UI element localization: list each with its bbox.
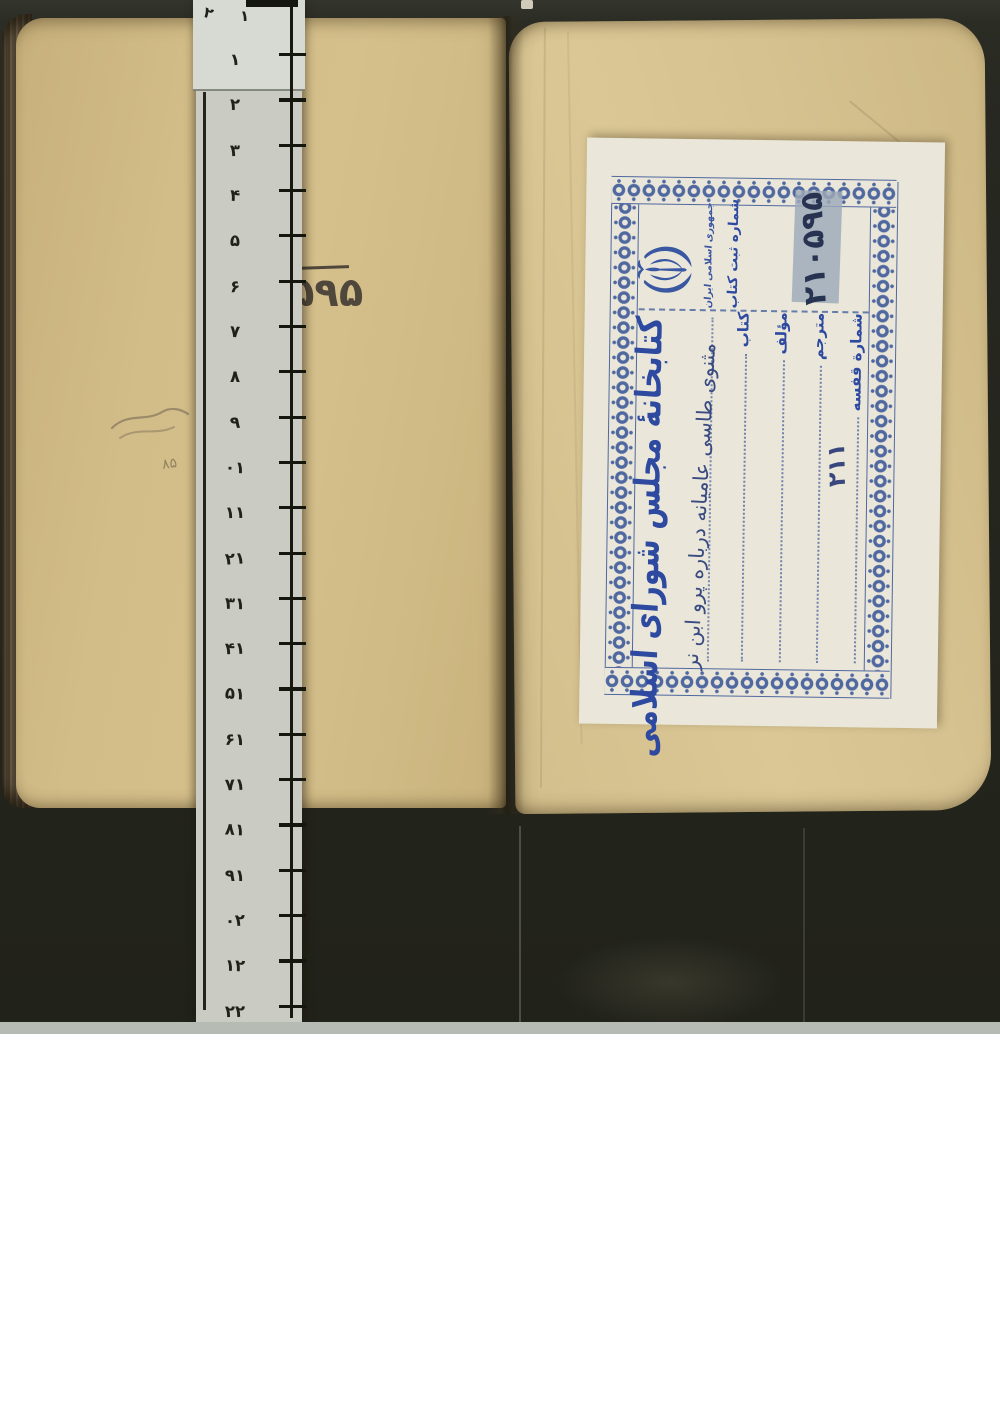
ruler-numeral: ۷۱ bbox=[204, 774, 267, 796]
field-row-shelf-number: شمارة قفسه bbox=[826, 313, 869, 663]
ruler-numeral: ۹۱ bbox=[204, 866, 266, 885]
ruler-tick bbox=[279, 687, 306, 690]
ruler-tick bbox=[279, 823, 306, 826]
page-crease bbox=[540, 28, 546, 788]
lace-border-right bbox=[611, 176, 896, 208]
ruler-numeral: ۸۱ bbox=[204, 819, 267, 841]
registration-label: شماره ثبت کتاب bbox=[725, 195, 743, 312]
ruler-tick bbox=[279, 959, 306, 962]
ruler-numeral: ۸ bbox=[204, 367, 266, 386]
ruler-tick bbox=[279, 370, 306, 373]
state-name: جمهوری اسلامی ایران bbox=[703, 197, 716, 314]
ruler-numeral: ۰۱ bbox=[204, 457, 267, 479]
ruler-extra-numeral: ۱ bbox=[240, 7, 249, 25]
ruler-numeral: ۲۲ bbox=[204, 1001, 266, 1021]
ruler-numeral: ۲۱ bbox=[203, 546, 266, 569]
ruler-tick bbox=[279, 234, 306, 237]
ruler-tick bbox=[279, 53, 306, 56]
ruler-numeral: ۴ bbox=[203, 184, 266, 207]
ruler-tick bbox=[279, 552, 306, 555]
library-name: کتابخانهٔ مجلس شورای اسلامی bbox=[624, 315, 670, 674]
ruler-tick bbox=[279, 280, 306, 283]
ruler-tick bbox=[279, 733, 306, 736]
field-row-translator: مترجم bbox=[788, 312, 831, 662]
ruler: ۲ ۱ ۱۲۳۴۵۶۷۸۹۰۱۱۱۲۱۳۱۴۱۵۱۶۱۷۱۸۱۹۱۰۲۱۲۲۲ bbox=[196, 0, 302, 1022]
paper-speck bbox=[521, 0, 533, 9]
dotted-leader bbox=[741, 353, 747, 661]
field-row-author: مؤلف bbox=[751, 312, 794, 662]
ruler-numeral: ۲ bbox=[204, 94, 267, 115]
light-patch bbox=[555, 935, 785, 1022]
scratch-line bbox=[519, 826, 521, 1022]
field-label: کتاب bbox=[734, 312, 752, 348]
ruler-seam bbox=[193, 89, 305, 91]
book-photo: ۵۹۵ ۸۵ کتابخانهٔ مجلس شورای اسلامی bbox=[0, 0, 1000, 1022]
ruler-tick bbox=[279, 869, 306, 872]
ruler-tick bbox=[279, 461, 306, 464]
handwritten-shelf-number: ۲۱۱ bbox=[822, 443, 851, 488]
ruler-numeral: ۷ bbox=[204, 320, 267, 342]
ruler-tick bbox=[279, 189, 306, 192]
library-bookplate: کتابخانهٔ مجلس شورای اسلامی کتاب مؤلف مت… bbox=[579, 138, 945, 729]
ruler-numeral: ۵ bbox=[204, 231, 266, 251]
ruler-numeral: ۳ bbox=[204, 140, 267, 161]
dotted-leader bbox=[854, 417, 859, 663]
ruler-numeral: ۴۱ bbox=[204, 638, 267, 659]
cover-edge-highlight bbox=[803, 828, 805, 1022]
ruler-tick bbox=[279, 597, 306, 600]
ruler-tick bbox=[279, 914, 306, 917]
pencil-scribble bbox=[108, 400, 194, 452]
scanner-bed-strip bbox=[0, 1022, 1000, 1034]
ruler-tick bbox=[279, 506, 306, 509]
ruler-numeral: ۱۲ bbox=[204, 955, 267, 977]
ruler-numeral: ۱۱ bbox=[204, 503, 266, 523]
book-spine-shadow bbox=[488, 16, 524, 814]
lace-border-bottom bbox=[863, 181, 898, 698]
ruler-tick bbox=[279, 416, 306, 419]
ruler-tick bbox=[279, 1005, 306, 1008]
ruler-tick bbox=[279, 144, 306, 147]
field-row-book: کتاب bbox=[713, 311, 756, 661]
handwritten-registration-number: ۲۱۰۵۹۵ bbox=[793, 178, 834, 319]
dotted-leader bbox=[778, 360, 784, 662]
field-label: مترجم bbox=[809, 313, 828, 361]
ruler-numeral: ۵۱ bbox=[203, 682, 266, 705]
field-label: مؤلف bbox=[772, 312, 791, 354]
ruler-numeral: ۶۱ bbox=[204, 729, 266, 749]
digitized-manuscript-scan: ۵۹۵ ۸۵ کتابخانهٔ مجلس شورای اسلامی bbox=[0, 0, 1000, 1415]
ruler-right-edge-line bbox=[290, 6, 293, 1018]
dotted-leader bbox=[816, 366, 822, 663]
bookplate-fields: کتاب مؤلف مترجم شمارة قفسه bbox=[713, 311, 869, 663]
field-label: شمارة قفسه bbox=[846, 313, 865, 411]
ruler-tick bbox=[279, 642, 306, 645]
ruler-tick bbox=[279, 778, 306, 781]
ruler-numeral: ۶ bbox=[204, 275, 267, 297]
ruler-numeral: ۰۲ bbox=[204, 909, 267, 931]
ruler-numeral: ۹ bbox=[204, 411, 267, 433]
ruler-numeral: ۳۱ bbox=[204, 593, 267, 614]
ruler-tick bbox=[279, 325, 306, 328]
ruler-tick bbox=[279, 98, 306, 101]
iran-allah-emblem-icon bbox=[633, 238, 702, 301]
faint-handwritten-mark: ۸۵ bbox=[161, 455, 178, 473]
